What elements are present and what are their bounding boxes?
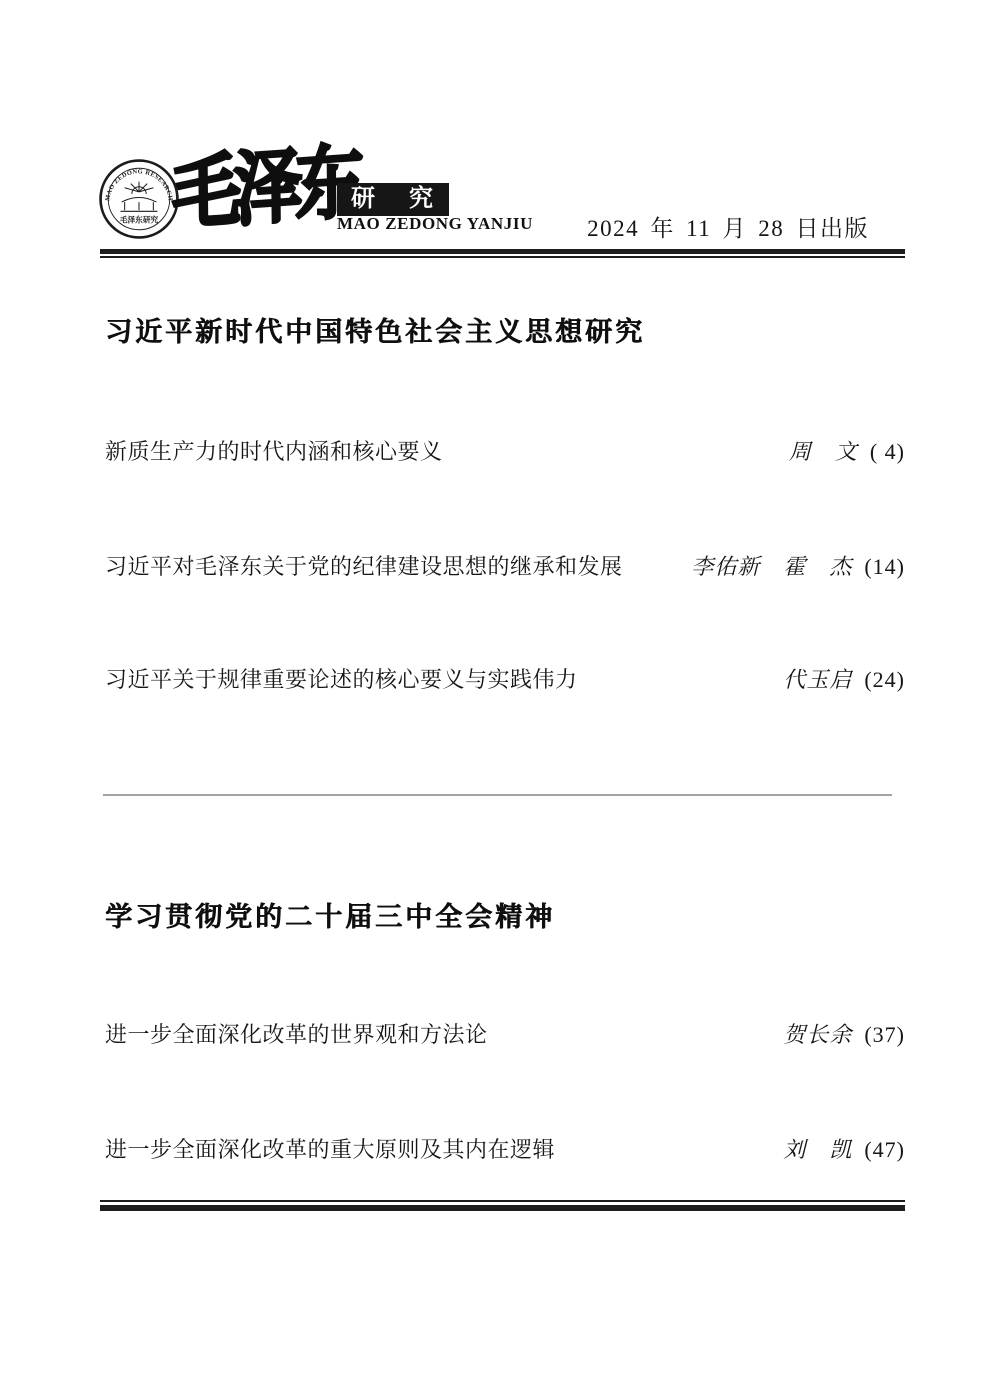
article-title: 进一步全面深化改革的重大原则及其内在逻辑	[105, 1133, 555, 1164]
masthead-calligraphy: 毛泽东	[171, 129, 357, 250]
article-page-number: (37)	[864, 1022, 905, 1048]
article-title: 进一步全面深化改革的世界观和方法论	[105, 1018, 488, 1049]
masthead-rule	[100, 249, 905, 258]
article-meta: 刘 凯 (47)	[783, 1133, 905, 1164]
article-title: 习近平关于规律重要论述的核心要义与实践伟力	[105, 663, 578, 694]
article-meta: 代玉启 (24)	[783, 663, 905, 694]
article-page-number: (14)	[864, 554, 905, 580]
article-meta: 李佑新 霍 杰 (14)	[691, 550, 905, 581]
article-meta: 周 文 ( 4)	[789, 435, 905, 466]
article-row: 新质生产力的时代内涵和核心要义 周 文 ( 4)	[105, 435, 905, 466]
seal-bottom-text: 毛泽东研究	[120, 215, 159, 225]
article-row: 进一步全面深化改革的重大原则及其内在逻辑 刘 凯 (47)	[105, 1133, 905, 1164]
article-page-number: (47)	[864, 1137, 905, 1163]
journal-toc-page: MAO ZEDONG RESEARCH 毛泽东研究 毛泽东 研 究 MAO ZE…	[0, 0, 1000, 1400]
article-title: 新质生产力的时代内涵和核心要义	[105, 435, 443, 466]
article-authors: 代玉启	[783, 663, 852, 694]
masthead-subtitle-boxed: 研 究	[337, 183, 449, 216]
article-row: 进一步全面深化改革的世界观和方法论 贺长余 (37)	[105, 1018, 905, 1049]
section-heading-2: 学习贯彻党的二十届三中全会精神	[105, 895, 555, 934]
article-title: 习近平对毛泽东关于党的纪律建设思想的继承和发展	[105, 550, 623, 581]
footer-rule	[100, 1200, 905, 1211]
article-authors: 李佑新 霍 杰	[691, 550, 852, 581]
section-heading-1: 习近平新时代中国特色社会主义思想研究	[105, 310, 645, 349]
publish-date: 2024 年 11 月 28 日出版	[587, 210, 869, 243]
article-row: 习近平对毛泽东关于党的纪律建设思想的继承和发展 李佑新 霍 杰 (14)	[105, 550, 905, 581]
article-page-number: ( 4)	[870, 439, 905, 465]
seal-building-icon	[121, 182, 158, 212]
article-authors: 贺长余	[783, 1018, 852, 1049]
article-authors: 周 文	[789, 435, 858, 466]
masthead-subtitle-latin: MAO ZEDONG YANJIU	[337, 214, 533, 234]
article-page-number: (24)	[864, 667, 905, 693]
section-divider	[103, 794, 892, 796]
article-authors: 刘 凯	[783, 1133, 852, 1164]
journal-seal-icon: MAO ZEDONG RESEARCH 毛泽东研究	[98, 158, 180, 240]
article-row: 习近平关于规律重要论述的核心要义与实践伟力 代玉启 (24)	[105, 663, 905, 694]
article-meta: 贺长余 (37)	[783, 1018, 905, 1049]
